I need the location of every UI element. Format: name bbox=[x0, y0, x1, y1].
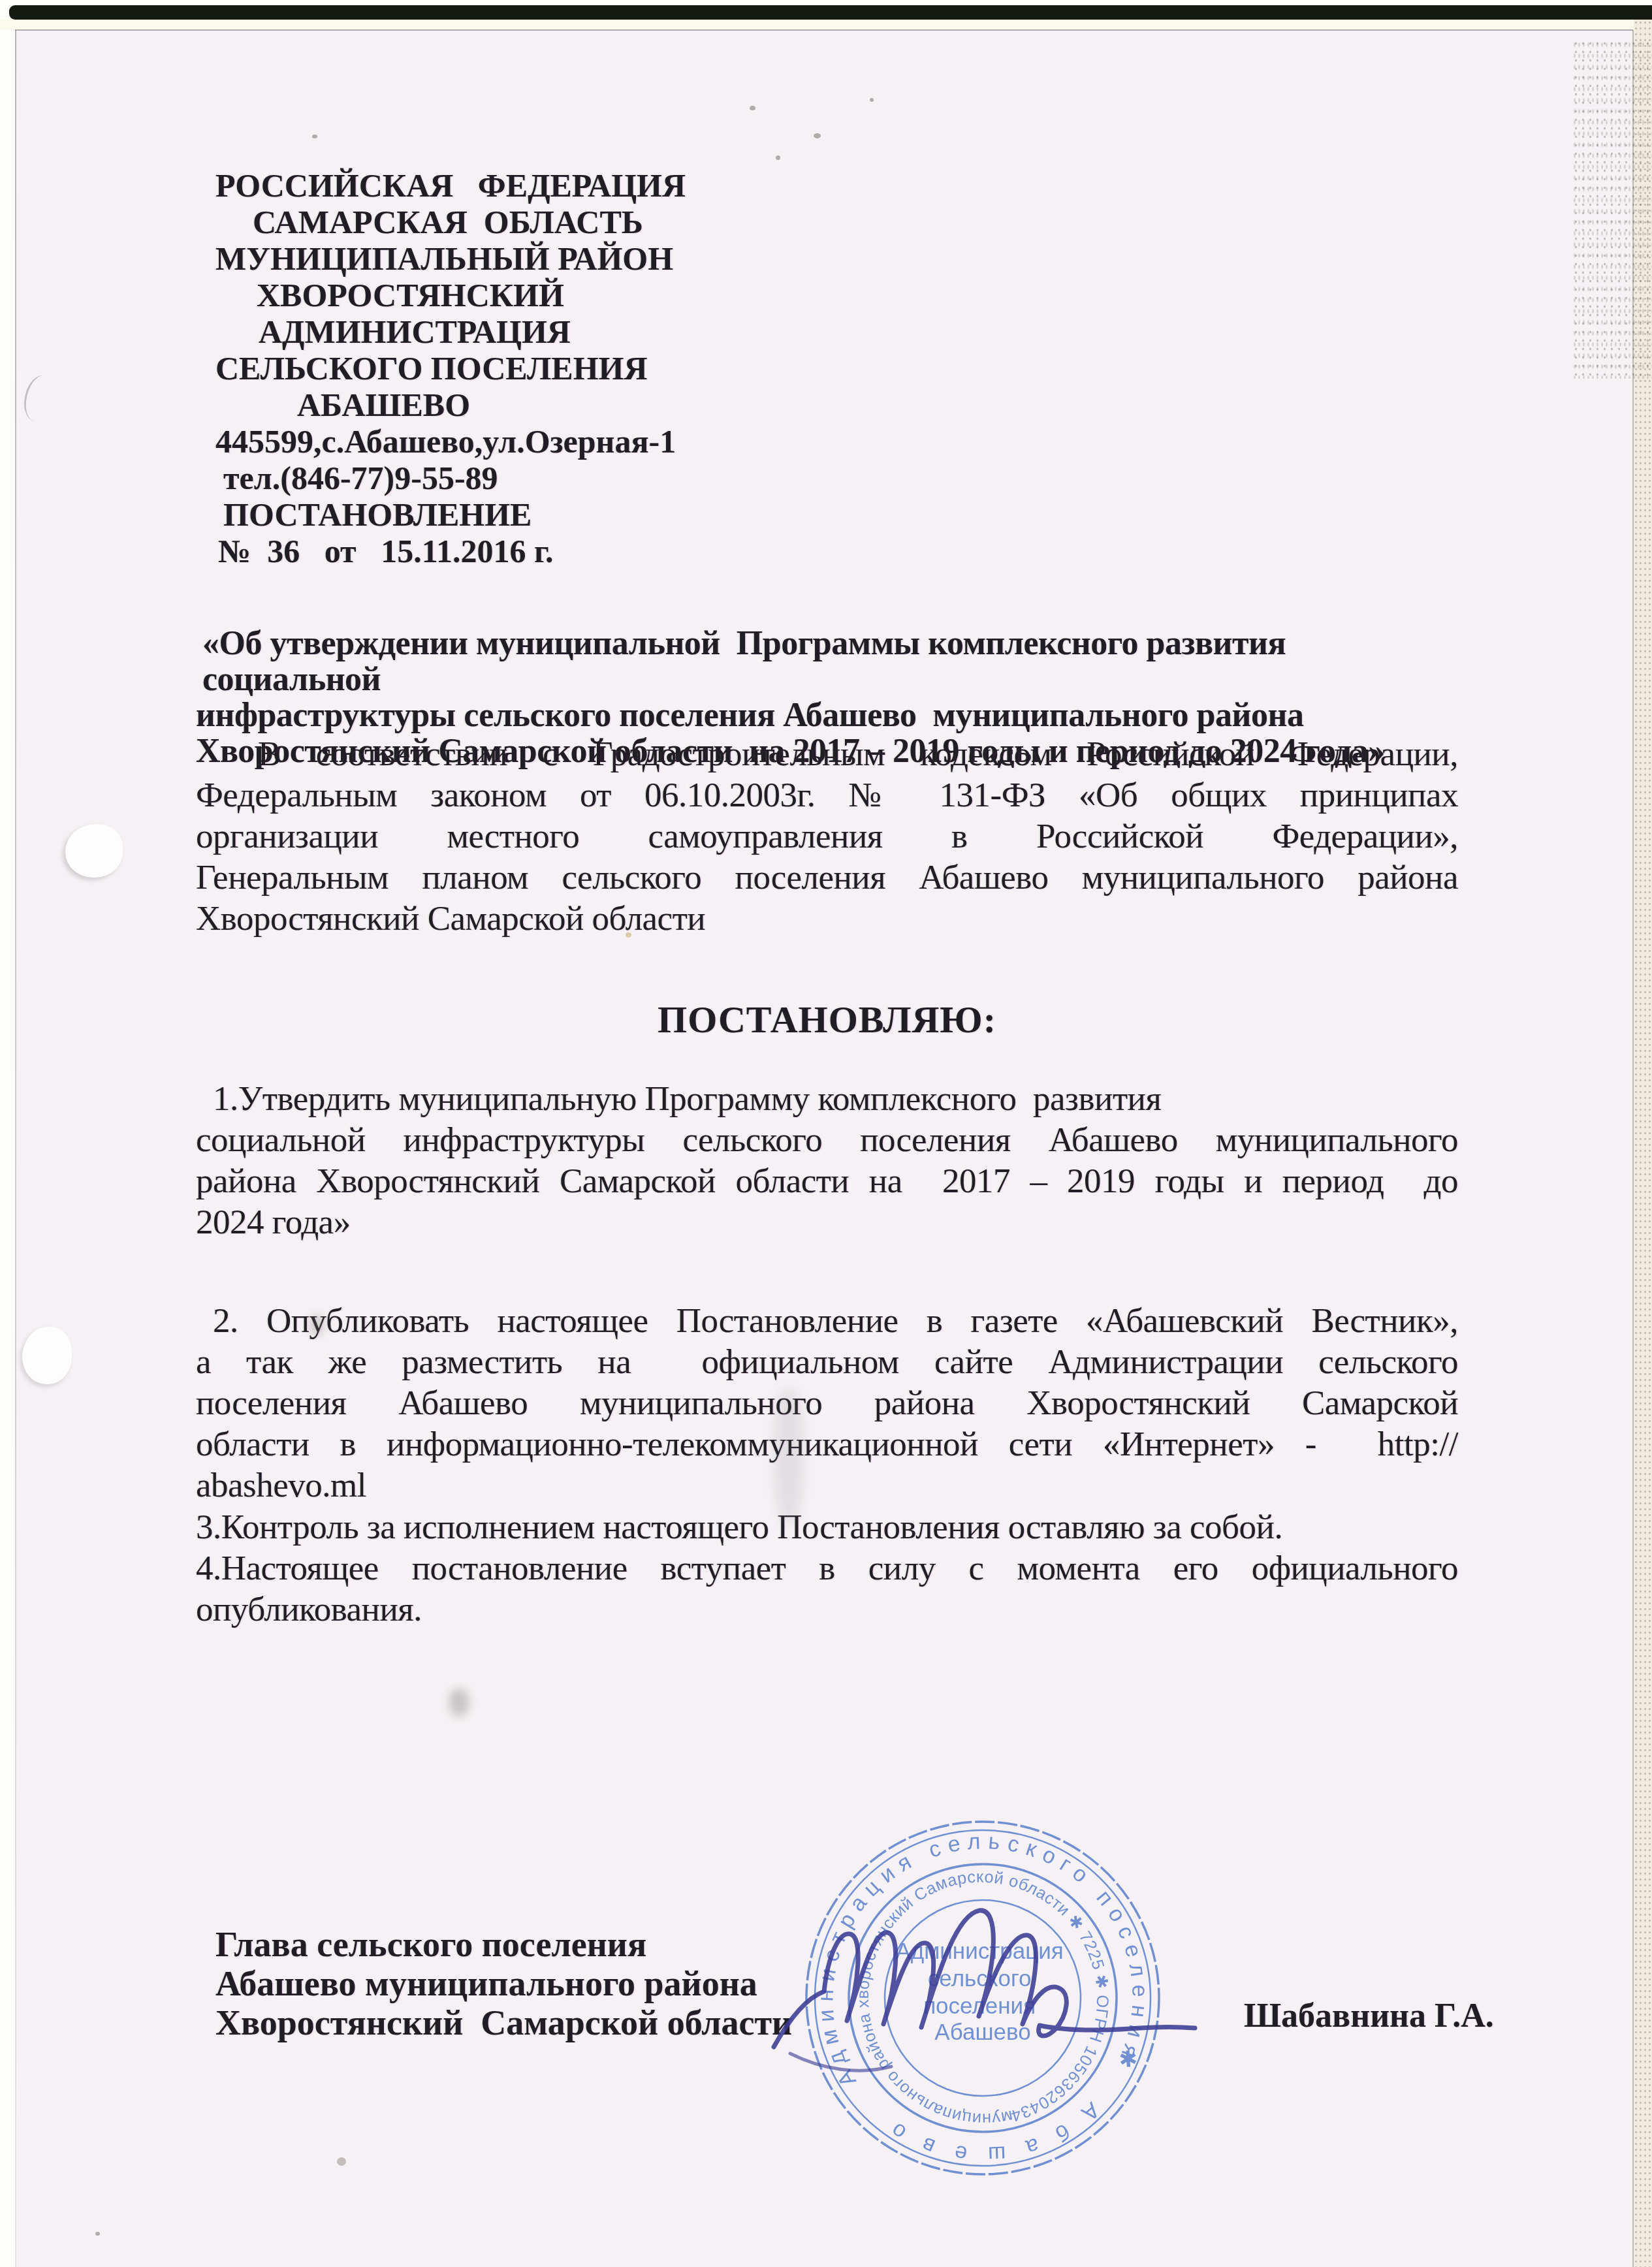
preamble-line: Федеральным законом от 06.10.2003г. № 13… bbox=[196, 775, 1458, 816]
official-round-stamp-icon: Администрация сельского поселения ✱ Абаш… bbox=[751, 1796, 1159, 2174]
dust-speck bbox=[870, 98, 874, 102]
letterhead-line: АДМИНИСТРАЦИЯ bbox=[215, 313, 855, 350]
letterhead-line: САМАРСКАЯ ОБЛАСТЬ bbox=[215, 204, 855, 240]
item-line: опубликования. bbox=[196, 1589, 1458, 1630]
item-line: социальной инфраструктуры сельского посе… bbox=[196, 1120, 1458, 1161]
dust-speck bbox=[626, 932, 631, 938]
dust-speck bbox=[814, 133, 821, 138]
letterhead-address: 445599,с.Абашево,ул.Озерная-1 bbox=[215, 423, 855, 460]
scanner-top-strip bbox=[0, 20, 1652, 30]
stamp-center-line: сельского bbox=[928, 1966, 1032, 1991]
item-line: района Хворостянский Самарской области н… bbox=[196, 1161, 1458, 1202]
dust-speck bbox=[750, 106, 755, 110]
stamp-center-line: Абашево bbox=[934, 2020, 1030, 2045]
smudge-mark bbox=[310, 1315, 324, 1335]
letterhead-line: АБАШЕВО bbox=[215, 387, 855, 423]
letterhead-line: РОССИЙСКАЯ ФЕДЕРАЦИЯ bbox=[215, 167, 855, 204]
paper-left-edge bbox=[15, 30, 16, 2267]
preamble-line: Генеральным планом сельского поселения А… bbox=[196, 857, 1458, 898]
resolution-heading: ПОСТАНОВЛЯЮ: bbox=[196, 998, 1458, 1041]
signatory-name: Шабавнина Г.А. bbox=[1244, 1997, 1570, 2035]
stamp-and-signature: Администрация сельского поселения ✱ Абаш… bbox=[751, 1796, 1221, 2200]
letterhead-line: ХВОРОСТЯНСКИЙ bbox=[215, 277, 855, 313]
letterhead: РОССИЙСКАЯ ФЕДЕРАЦИЯ САМАРСКАЯ ОБЛАСТЬ М… bbox=[215, 167, 855, 569]
document-number-date: № 36 от 15.11.2016 г. bbox=[215, 533, 855, 569]
item-line: 2024 года» bbox=[196, 1202, 1458, 1243]
item-line-url: abashevo.ml bbox=[196, 1465, 1458, 1506]
item-line: 4.Настоящее постановление вступает в сил… bbox=[196, 1548, 1458, 1589]
item-line: а так же разместить на официальном сайте… bbox=[196, 1342, 1458, 1383]
preamble-paragraph: В соответствии с Градостроительным кодек… bbox=[196, 734, 1458, 940]
item-line: области в информационно-телекоммуникацио… bbox=[196, 1424, 1458, 1465]
title-line: инфраструктуры сельского поселения Абаше… bbox=[196, 697, 1466, 733]
smudge-mark bbox=[449, 1688, 469, 1716]
dust-speck bbox=[776, 155, 780, 160]
preamble-line: В соответствии с Градостроительным кодек… bbox=[196, 734, 1458, 775]
preamble-line: организации местного самоуправления в Ро… bbox=[196, 816, 1458, 857]
item-line: поселения Абашево муниципального района … bbox=[196, 1383, 1458, 1424]
dust-speck bbox=[337, 2157, 346, 2166]
paper-flaw-spot bbox=[22, 1327, 72, 1384]
dust-speck bbox=[312, 135, 317, 138]
decree-item-1: 1.Утвердить муниципальную Программу комп… bbox=[196, 1079, 1458, 1243]
decree-item-2: 2. Опубликовать настоящее Постановление … bbox=[196, 1301, 1458, 1506]
scanned-decree-page: РОССИЙСКАЯ ФЕДЕРАЦИЯ САМАРСКАЯ ОБЛАСТЬ М… bbox=[0, 0, 1652, 2267]
scanner-top-band bbox=[9, 5, 1652, 20]
letterhead-line: МУНИЦИПАЛЬНЫЙ РАЙОН bbox=[215, 240, 855, 277]
item-line: 1.Утвердить муниципальную Программу комп… bbox=[196, 1079, 1458, 1120]
paper-top-edge bbox=[15, 29, 1633, 31]
document-type: ПОСТАНОВЛЕНИЕ bbox=[215, 496, 855, 533]
dust-speck bbox=[95, 2232, 100, 2236]
title-line: «Об утверждении муниципальной Программы … bbox=[196, 626, 1466, 697]
decree-item-4: 4.Настоящее постановление вступает в сил… bbox=[196, 1548, 1458, 1630]
paper-flaw-spot bbox=[65, 824, 123, 878]
preamble-line: Хворостянский Самарской области bbox=[196, 898, 1458, 940]
item-line: 2. Опубликовать настоящее Постановление … bbox=[196, 1301, 1458, 1342]
decree-item-3: 3.Контроль за исполнением настоящего Пос… bbox=[196, 1507, 1458, 1548]
scan-noise-top-right bbox=[1572, 39, 1652, 379]
letterhead-phone: тел.(846-77)9-55-89 bbox=[215, 460, 855, 496]
letterhead-line: СЕЛЬСКОГО ПОСЕЛЕНИЯ bbox=[215, 350, 855, 387]
gray-streak-artifact bbox=[774, 1389, 803, 1523]
